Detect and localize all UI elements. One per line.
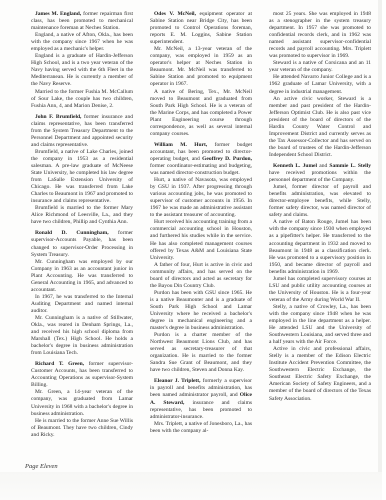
person-name: Kenneth L. Jumel bbox=[273, 163, 317, 169]
paragraph-text: most 25 years. She was employed in 1948 … bbox=[269, 11, 371, 59]
announcement-lead-paragraph: Richard T. Green, former supervisor-Cust… bbox=[31, 361, 133, 389]
paragraph-text: Steward is a native of Corsicana and an … bbox=[269, 60, 371, 73]
page-number-label: Page Eleven bbox=[25, 463, 58, 470]
announcement-lead-paragraph: Eleanor J. Triplett, formerly a supervis… bbox=[150, 378, 252, 420]
article-paragraph: Mrs. Triplett, a native of Jonesboro, La… bbox=[150, 421, 252, 435]
article-paragraph: most 25 years. She was employed in 1948 … bbox=[269, 11, 371, 60]
paragraph-text: Brumfield, a native of Lake Charles, joi… bbox=[31, 149, 133, 204]
paragraph-text: Purdon has been with GSU since 1965. He … bbox=[150, 290, 252, 331]
person-name: Geoffrey D. Purdon, bbox=[202, 156, 252, 162]
article-paragraph: Steward is a native of Corsicana and an … bbox=[269, 60, 371, 74]
paragraph-text: Mr. McNeil, a 13-year veteran of the com… bbox=[150, 46, 252, 87]
article-paragraph: Purdon has been with GSU since 1965. He … bbox=[150, 290, 252, 332]
paragraph-text: Mr. Cunningham was employed by our Compa… bbox=[31, 259, 133, 293]
article-paragraph: In 1967, he was transferred to the Inter… bbox=[31, 294, 133, 315]
paragraph-text: Married to the former Fushia M. McCallum… bbox=[31, 89, 133, 109]
paragraph-text: England is a graduate of Hardin-Jefferso… bbox=[31, 53, 133, 87]
announcement-lead-paragraph: Kenneth L. Jumel and Sammie L. Stelly ha… bbox=[269, 163, 371, 184]
paragraph-text: A native of Bering, Tex., Mr. McNeil mov… bbox=[150, 89, 252, 137]
article-paragraph: Hurt received his accounting training fr… bbox=[150, 219, 252, 261]
article-paragraph: An active civic worker, Steward is a mem… bbox=[269, 96, 371, 159]
announcement-lead-paragraph: James M. England, former repairman first… bbox=[31, 11, 133, 32]
person-name: Eleanor J. Triplett, bbox=[154, 378, 200, 384]
article-paragraph: A native of Bering, Tex., Mr. McNeil mov… bbox=[150, 89, 252, 138]
announcement-lead-paragraph: William M. Hurt, former budget accountan… bbox=[150, 142, 252, 177]
paragraph-text: He is married to the former Anne Sue Wil… bbox=[31, 418, 133, 438]
article-paragraph: He is married to the former Anne Sue Wil… bbox=[31, 418, 133, 439]
article-paragraph: Hurt, a native of Navasota, was employed… bbox=[150, 177, 252, 219]
article-paragraph: Brumfield is married to the former Mary … bbox=[31, 205, 133, 226]
article-paragraph: A father of four, Hurt is active in civi… bbox=[150, 262, 252, 290]
article-paragraph: Jumel, former director of payroll and be… bbox=[269, 184, 371, 219]
paragraph-text: Jumel has completed supervisory courses … bbox=[269, 276, 371, 303]
article-paragraph: Married to the former Fushia M. McCallum… bbox=[31, 89, 133, 110]
article-paragraph: He attended Navarro Junior College and i… bbox=[269, 74, 371, 95]
paragraph-text: Mrs. Triplett, a native of Jonesboro, La… bbox=[150, 421, 252, 434]
paragraph-text: Stelly, a native of Crowley, La., has be… bbox=[269, 304, 371, 345]
paragraph-text: Active in civic and professional affairs… bbox=[269, 346, 371, 401]
paragraph-text: Purdon is a charter member of the Northw… bbox=[150, 332, 252, 373]
column-1: James M. England, former repairman first… bbox=[31, 11, 133, 439]
article-paragraph: A native of Baton Rouge, Jumel has been … bbox=[269, 219, 371, 275]
article-paragraph: Active in civic and professional affairs… bbox=[269, 346, 371, 402]
article-paragraph: Brumfield, a native of Lake Charles, joi… bbox=[31, 149, 133, 205]
paragraph-text: A native of Baton Rouge, Jumel has been … bbox=[269, 219, 371, 274]
paragraph-text: An active civic worker, Steward is a mem… bbox=[269, 96, 371, 158]
article-paragraph: Mr. McNeil, a 13-year veteran of the com… bbox=[150, 46, 252, 88]
article-paragraph: Stelly, a native of Crowley, La., has be… bbox=[269, 304, 371, 346]
paragraph-text: In 1967, he was transferred to the Inter… bbox=[31, 294, 133, 314]
person-name: John F. Brumfield, bbox=[35, 114, 81, 120]
article-paragraph: Mr. Cunningham is a native of Stillwater… bbox=[31, 315, 133, 357]
person-name: Richard T. Green, bbox=[35, 361, 84, 367]
paragraph-text: have received promotions within the pers… bbox=[269, 170, 371, 183]
paragraph-text: Mr. Cunningham is a native of Stillwater… bbox=[31, 315, 133, 356]
article-paragraph: Jumel has completed supervisory courses … bbox=[269, 276, 371, 304]
paragraph-text: Mr. Green, a 14-year veteran of the comp… bbox=[31, 389, 133, 416]
person-name: Ronald D. Cunningham, bbox=[35, 230, 109, 236]
paragraph-text: A father of four, Hurt is active in civi… bbox=[150, 262, 252, 289]
paragraph-text: former coordinator-estimating and budget… bbox=[150, 163, 252, 176]
announcement-lead-paragraph: Odes V. McNeil, equipment operator at Sa… bbox=[150, 11, 252, 46]
paragraph-text: and bbox=[317, 163, 329, 169]
paragraph-text: Hurt, a native of Navasota, was employed… bbox=[150, 177, 252, 218]
article-paragraph: Mr. Green, a 14-year veteran of the comp… bbox=[31, 389, 133, 417]
article-paragraph: England, a native of Afton, Okla., has b… bbox=[31, 32, 133, 53]
paragraph-text: England, a native of Afton, Okla., has b… bbox=[31, 32, 133, 52]
paragraph-text: Jumel, former director of payroll and be… bbox=[269, 184, 371, 218]
column-3: most 25 years. She was employed in 1948 … bbox=[269, 11, 371, 439]
person-name: William M. Hurt, bbox=[154, 142, 207, 148]
article-columns: James M. England, former repairman first… bbox=[31, 11, 371, 439]
person-name: James M. England, bbox=[35, 11, 81, 17]
article-paragraph: Purdon is a charter member of the Northw… bbox=[150, 332, 252, 374]
person-name: Odes V. McNeil, bbox=[154, 11, 196, 17]
announcement-lead-paragraph: Ronald D. Cunningham, former supervisor-… bbox=[31, 230, 133, 258]
newsletter-page: James M. England, former repairman first… bbox=[0, 0, 382, 500]
page-bottom-margin bbox=[0, 472, 382, 500]
article-paragraph: Mr. Cunningham was employed by our Compa… bbox=[31, 259, 133, 294]
article-paragraph: England is a graduate of Hardin-Jefferso… bbox=[31, 53, 133, 88]
announcement-lead-paragraph: John F. Brumfield, former insurance and … bbox=[31, 114, 133, 149]
column-2: Odes V. McNeil, equipment operator at Sa… bbox=[150, 11, 252, 439]
paragraph-text: He attended Navarro Junior College and i… bbox=[269, 74, 371, 94]
paragraph-text: Hurt received his accounting training fr… bbox=[150, 219, 252, 260]
paragraph-text: Brumfield is married to the former Mary … bbox=[31, 205, 133, 225]
person-name: Sammie L. Stelly bbox=[329, 163, 371, 169]
